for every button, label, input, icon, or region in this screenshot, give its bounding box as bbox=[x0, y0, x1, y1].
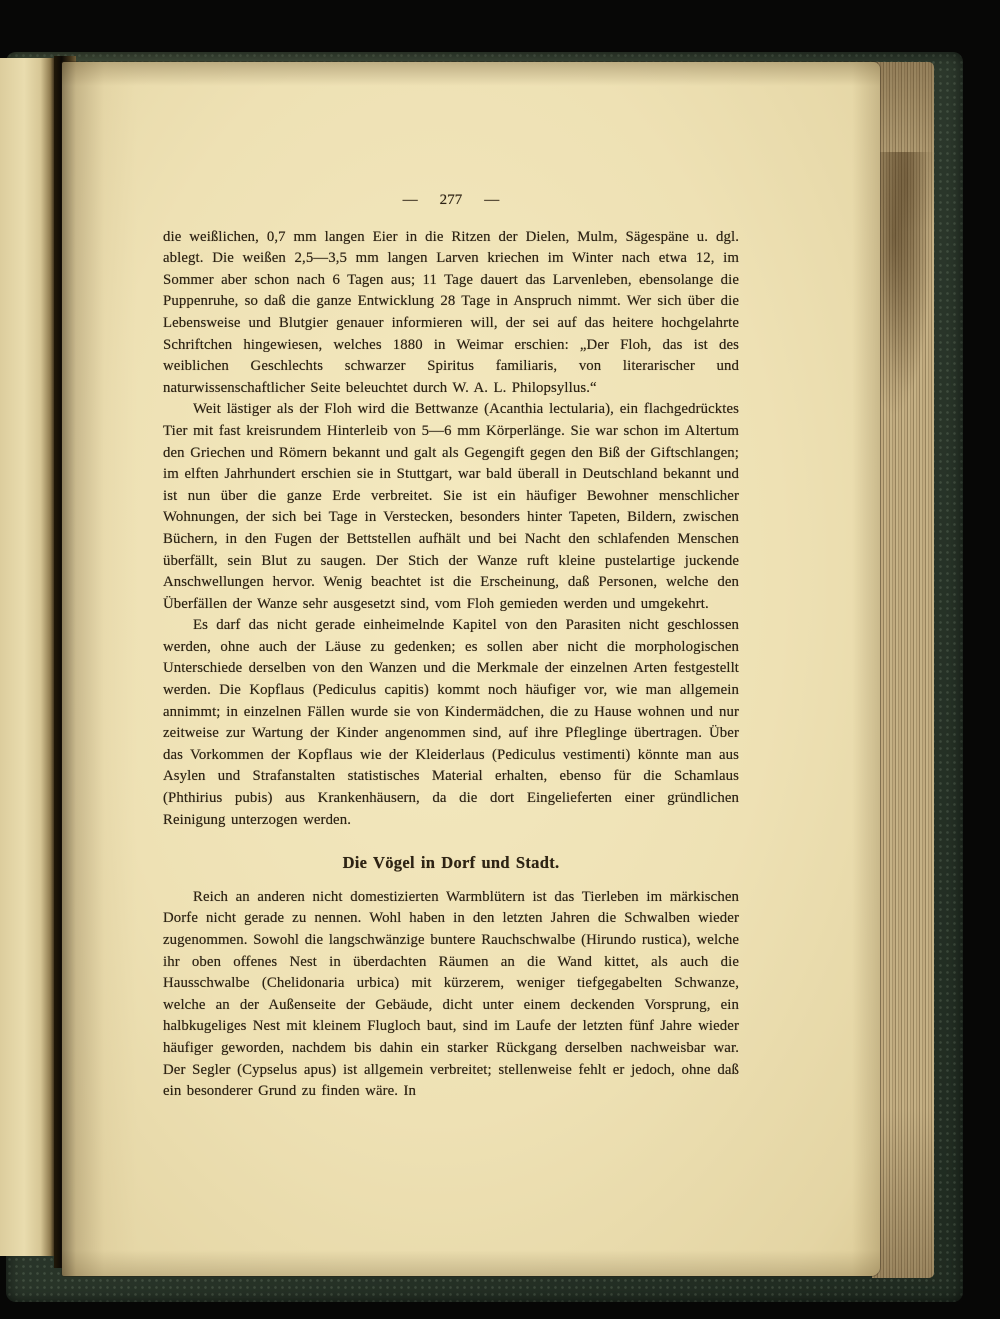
previous-page-edge bbox=[0, 58, 54, 1256]
fore-edge-stain bbox=[872, 152, 934, 432]
paragraph-fleas-continuation: die weißlichen, 0,7 mm langen Eier in di… bbox=[163, 227, 739, 400]
paragraph-bedbug: Weit lästiger als der Floh wird die Bett… bbox=[163, 399, 739, 615]
text-block: — 277 — die weißlichen, 0,7 mm langen Ei… bbox=[163, 190, 739, 1103]
book-scan: — 277 — die weißlichen, 0,7 mm langen Ei… bbox=[0, 0, 1000, 1319]
page-fore-edge-stack bbox=[872, 62, 934, 1278]
page-number: — 277 — bbox=[163, 190, 739, 212]
section-heading: Die Vögel in Dorf und Stadt. bbox=[163, 852, 739, 874]
book-page: — 277 — die weißlichen, 0,7 mm langen Ei… bbox=[62, 62, 880, 1276]
paragraph-birds: Reich an anderen nicht domestizierten Wa… bbox=[163, 887, 739, 1103]
paragraph-lice: Es darf das nicht gerade einheimelnde Ka… bbox=[163, 615, 739, 831]
